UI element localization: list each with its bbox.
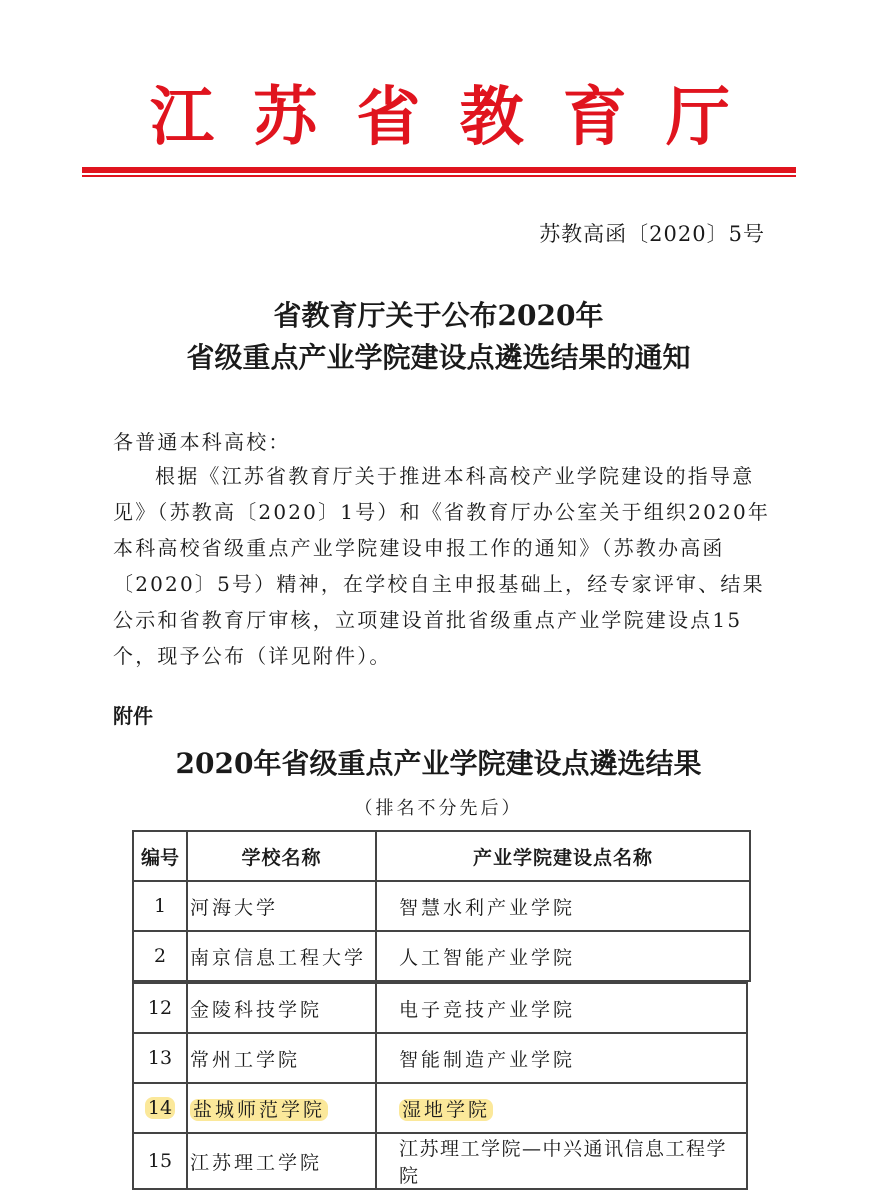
row-number: 15 (133, 1133, 187, 1189)
row-college: 智能制造产业学院 (376, 1033, 747, 1083)
table-row: 15 江苏理工学院 江苏理工学院—中兴通讯信息工程学院 (133, 1133, 747, 1189)
notice-title-line1: 省教育厅关于公布2020年 (0, 294, 877, 334)
row-number: 12 (133, 983, 187, 1033)
header-college: 产业学院建设点名称 (376, 831, 750, 881)
row-school: 常州工学院 (187, 1033, 376, 1083)
masthead-char: 育 (563, 78, 627, 158)
table-header-row: 编号 学校名称 产业学院建设点名称 (133, 831, 750, 881)
row-college: 电子竞技产业学院 (376, 983, 747, 1033)
header-school: 学校名称 (187, 831, 376, 881)
row-number: 2 (133, 931, 187, 981)
table-row: 2 南京信息工程大学 人工智能产业学院 (133, 931, 750, 981)
masthead-title: 江 苏 省 教 育 厅 (80, 78, 800, 158)
notice-title-line2: 省级重点产业学院建设点遴选结果的通知 (0, 336, 877, 376)
table-row: 13 常州工学院 智能制造产业学院 (133, 1033, 747, 1083)
table-row: 12 金陵科技学院 电子竞技产业学院 (133, 983, 747, 1033)
row-college: 人工智能产业学院 (376, 931, 750, 981)
masthead-char: 厅 (666, 78, 730, 158)
document-number: 苏教高函〔2020〕5号 (539, 218, 765, 248)
row-number: 14 (133, 1083, 187, 1133)
notice-body: 根据《江苏省教育厅关于推进本科高校产业学院建设的指导意见》（苏教高〔2020〕1… (113, 458, 773, 674)
row-school: 金陵科技学院 (187, 983, 376, 1033)
row-school: 河海大学 (187, 881, 376, 931)
masthead-char: 教 (460, 78, 524, 158)
row-college: 江苏理工学院—中兴通讯信息工程学院 (376, 1133, 747, 1189)
row-college: 湿地学院 (376, 1083, 747, 1133)
masthead-char: 江 (150, 78, 214, 158)
red-divider-thick (82, 167, 796, 173)
row-school: 江苏理工学院 (187, 1133, 376, 1189)
masthead-char: 省 (356, 78, 420, 158)
results-table-top: 编号 学校名称 产业学院建设点名称 1 河海大学 智慧水利产业学院 2 南京信息… (132, 830, 751, 982)
table-row-highlighted: 14 盐城师范学院 湿地学院 (133, 1083, 747, 1133)
salutation: 各普通本科高校： (113, 424, 773, 460)
header-number: 编号 (133, 831, 187, 881)
row-school: 南京信息工程大学 (187, 931, 376, 981)
annex-subtitle: （排名不分先后） (0, 794, 877, 820)
row-number: 13 (133, 1033, 187, 1083)
highlight-mark: 湿地学院 (399, 1099, 493, 1121)
results-table-bottom: 12 金陵科技学院 电子竞技产业学院 13 常州工学院 智能制造产业学院 14 … (132, 982, 748, 1190)
red-divider-thin (82, 175, 796, 177)
row-college: 智慧水利产业学院 (376, 881, 750, 931)
annex-label: 附件 (113, 700, 153, 729)
highlight-mark: 14 (145, 1097, 175, 1119)
masthead-char: 苏 (253, 78, 317, 158)
highlight-mark: 盐城师范学院 (190, 1099, 328, 1121)
table-row: 1 河海大学 智慧水利产业学院 (133, 881, 750, 931)
row-school: 盐城师范学院 (187, 1083, 376, 1133)
row-number: 1 (133, 881, 187, 931)
annex-title: 2020年省级重点产业学院建设点遴选结果 (0, 742, 877, 782)
